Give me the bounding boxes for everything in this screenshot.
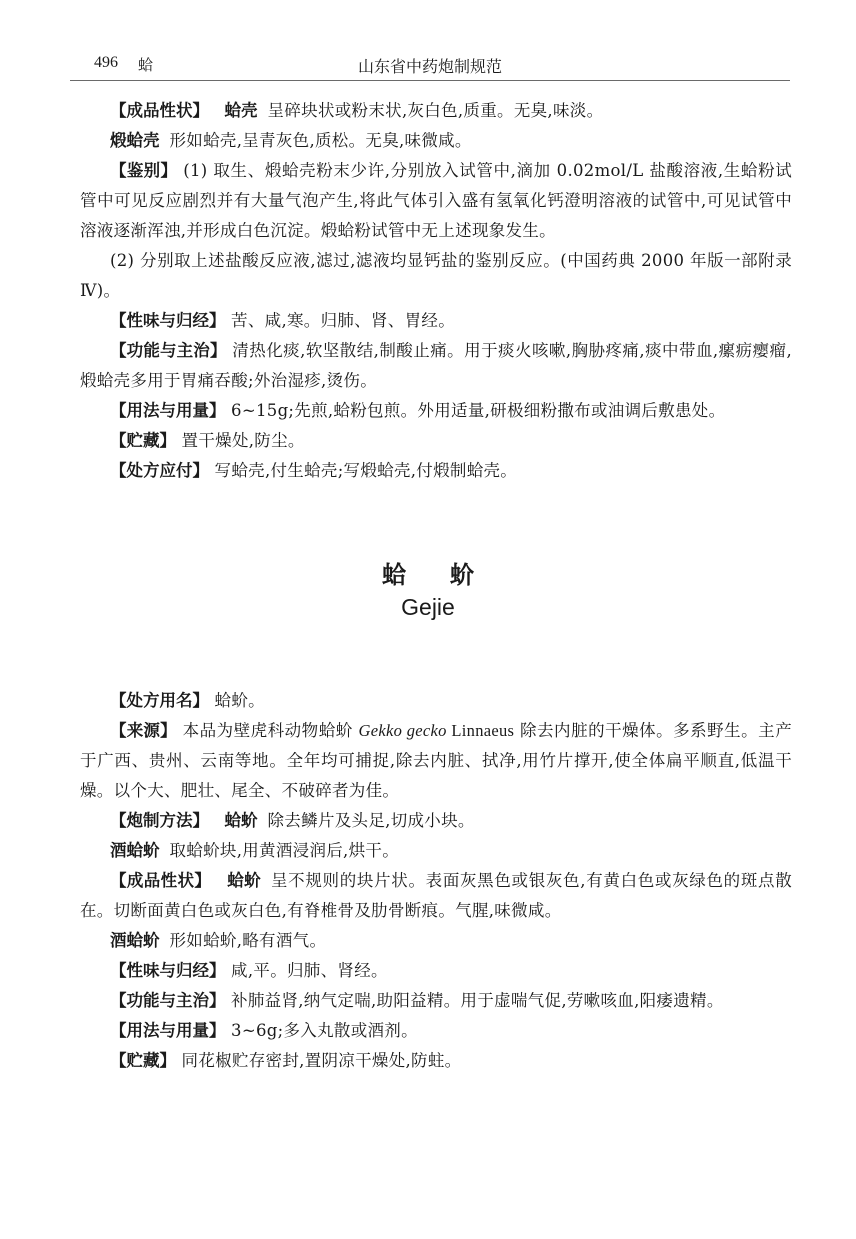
paragraph-jianbie-2: (2) 分别取上述盐酸反应液,滤过,滤液均显钙盐的鉴别反应。(中国药典 2000…: [80, 246, 792, 306]
paragraph-text: 写蛤壳,付生蛤壳;写煅蛤壳,付煅制蛤壳。: [215, 461, 518, 480]
sub-heading: 煅蛤壳: [110, 131, 160, 150]
paragraph-chufang-yongming: 【处方用名】 蛤蚧。: [80, 686, 792, 716]
paragraph-text: 取蛤蚧块,用黄酒浸润后,烘干。: [170, 841, 400, 860]
running-header: 496 蛤 山东省中药炮制规范: [70, 52, 790, 76]
paragraph-xingwei-guijing: 【性味与归经】 咸,平。归肺、肾经。: [80, 956, 792, 986]
section-label: 【功能与主治】: [110, 991, 226, 1010]
latin-name: Gekko gecko Linnaeus: [358, 721, 514, 740]
paragraph-chengpin-xingzhuang: 【成品性状】 蛤壳呈碎块状或粉末状,灰白色,质重。无臭,味淡。: [80, 96, 792, 126]
section-geqiao-continued: 【成品性状】 蛤壳呈碎块状或粉末状,灰白色,质重。无臭,味淡。 煅蛤壳形如蛤壳,…: [80, 96, 792, 486]
entry-title-char-2: 蚧: [450, 561, 474, 589]
sub-heading: 酒蛤蚧: [110, 931, 160, 950]
section-label: 【处方应付】: [110, 461, 209, 480]
section-gejie: 【处方用名】 蛤蚧。 【来源】 本品为壁虎科动物蛤蚧 Gekko gecko L…: [80, 686, 792, 1076]
paragraph-text: 6~15g;先煎,蛤粉包煎。外用适量,研极细粉撒布或油调后敷患处。: [231, 401, 725, 420]
section-label: 【鉴别】: [110, 161, 177, 180]
section-label: 【成品性状】: [110, 871, 211, 890]
entry-title-char-1: 蛤: [382, 561, 406, 589]
paragraph-chufang-yingfu: 【处方应付】 写蛤壳,付生蛤壳;写煅蛤壳,付煅制蛤壳。: [80, 456, 792, 486]
paragraph-text: 补肺益肾,纳气定喘,助阳益精。用于虚喘气促,劳嗽咳血,阳痿遗精。: [231, 991, 724, 1010]
paragraph-text: 除去鳞片及头足,切成小块。: [268, 811, 475, 830]
section-label: 【贮藏】: [110, 431, 176, 450]
section-label: 【来源】: [110, 721, 177, 740]
paragraph-yongfa-yongliang: 【用法与用量】 3~6g;多入丸散或酒剂。: [80, 1016, 792, 1046]
section-label: 【功能与主治】: [110, 341, 227, 360]
paragraph-gongneng-zhuzhi: 【功能与主治】 补肺益肾,纳气定喘,助阳益精。用于虚喘气促,劳嗽咳血,阳痿遗精。: [80, 986, 792, 1016]
paragraph-jiu-gejie-xingzhuang: 酒蛤蚧形如蛤蚧,略有酒气。: [80, 926, 792, 956]
paragraph-text: (2) 分别取上述盐酸反应液,滤过,滤液均显钙盐的鉴别反应。(中国药典 2000…: [80, 251, 792, 300]
latin-binomial: Gekko gecko: [358, 721, 446, 740]
sub-heading: 蛤蚧: [225, 811, 258, 830]
section-label: 【贮藏】: [110, 1051, 176, 1070]
paragraph-text: 形如蛤蚧,略有酒气。: [170, 931, 327, 950]
paragraph-text: 3~6g;多入丸散或酒剂。: [231, 1021, 418, 1040]
entry-pinyin: Gejie: [0, 594, 856, 621]
paragraph-duan-geqiao: 煅蛤壳形如蛤壳,呈青灰色,质松。无臭,味微咸。: [80, 126, 792, 156]
paragraph-gongneng-zhuzhi: 【功能与主治】 清热化痰,软坚散结,制酸止痛。用于痰火咳嗽,胸胁疼痛,痰中带血,…: [80, 336, 792, 396]
section-label: 【炮制方法】: [110, 811, 209, 830]
section-label: 【用法与用量】: [110, 1021, 226, 1040]
paragraph-paozhi-fangfa: 【炮制方法】 蛤蚧除去鳞片及头足,切成小块。: [80, 806, 792, 836]
section-label: 【性味与归经】: [110, 961, 226, 980]
paragraph-laiyuan: 【来源】 本品为壁虎科动物蛤蚧 Gekko gecko Linnaeus 除去内…: [80, 716, 792, 806]
paragraph-text: 苦、咸,寒。归肺、肾、胃经。: [231, 311, 455, 330]
header-divider: [70, 80, 790, 81]
paragraph-text: (1) 取生、煅蛤壳粉末少许,分别放入试管中,滴加 0.02mol/L 盐酸溶液…: [80, 161, 792, 240]
paragraph-jiu-gejie-paozhi: 酒蛤蚧取蛤蚧块,用黄酒浸润后,烘干。: [80, 836, 792, 866]
paragraph-text: 形如蛤壳,呈青灰色,质松。无臭,味微咸。: [170, 131, 472, 150]
paragraph-zhucang: 【贮藏】 同花椒贮存密封,置阴凉干燥处,防蛀。: [80, 1046, 792, 1076]
paragraph-jianbie-1: 【鉴别】 (1) 取生、煅蛤壳粉末少许,分别放入试管中,滴加 0.02mol/L…: [80, 156, 792, 246]
paragraph-text: 咸,平。归肺、肾经。: [231, 961, 388, 980]
entry-title: 蛤蚧: [0, 555, 856, 590]
paragraph-text: 蛤蚧。: [215, 691, 265, 710]
paragraph-yongfa-yongliang: 【用法与用量】 6~15g;先煎,蛤粉包煎。外用适量,研极细粉撒布或油调后敷患处…: [80, 396, 792, 426]
paragraph-text: 同花椒贮存密封,置阴凉干燥处,防蛀。: [182, 1051, 462, 1070]
sub-heading: 酒蛤蚧: [110, 841, 160, 860]
sub-heading: 蛤蚧: [227, 871, 261, 890]
paragraph-chengpin-xingzhuang: 【成品性状】 蛤蚧呈不规则的块片状。表面灰黑色或银灰色,有黄白色或灰绿色的斑点散…: [80, 866, 792, 926]
sub-heading: 蛤壳: [225, 101, 258, 120]
section-label: 【处方用名】: [110, 691, 209, 710]
book-title: 山东省中药炮制规范: [70, 54, 790, 77]
paragraph-zhucang: 【贮藏】 置干燥处,防尘。: [80, 426, 792, 456]
section-label: 【用法与用量】: [110, 401, 226, 420]
section-label: 【成品性状】: [110, 101, 209, 120]
paragraph-text: 本品为壁虎科动物蛤蚧: [183, 721, 353, 740]
paragraph-text: 置干燥处,防尘。: [182, 431, 305, 450]
latin-author: Linnaeus: [451, 721, 514, 740]
section-label: 【性味与归经】: [110, 311, 226, 330]
paragraph-text: 呈碎块状或粉末状,灰白色,质重。无臭,味淡。: [268, 101, 604, 120]
paragraph-xingwei-guijing: 【性味与归经】 苦、咸,寒。归肺、肾、胃经。: [80, 306, 792, 336]
